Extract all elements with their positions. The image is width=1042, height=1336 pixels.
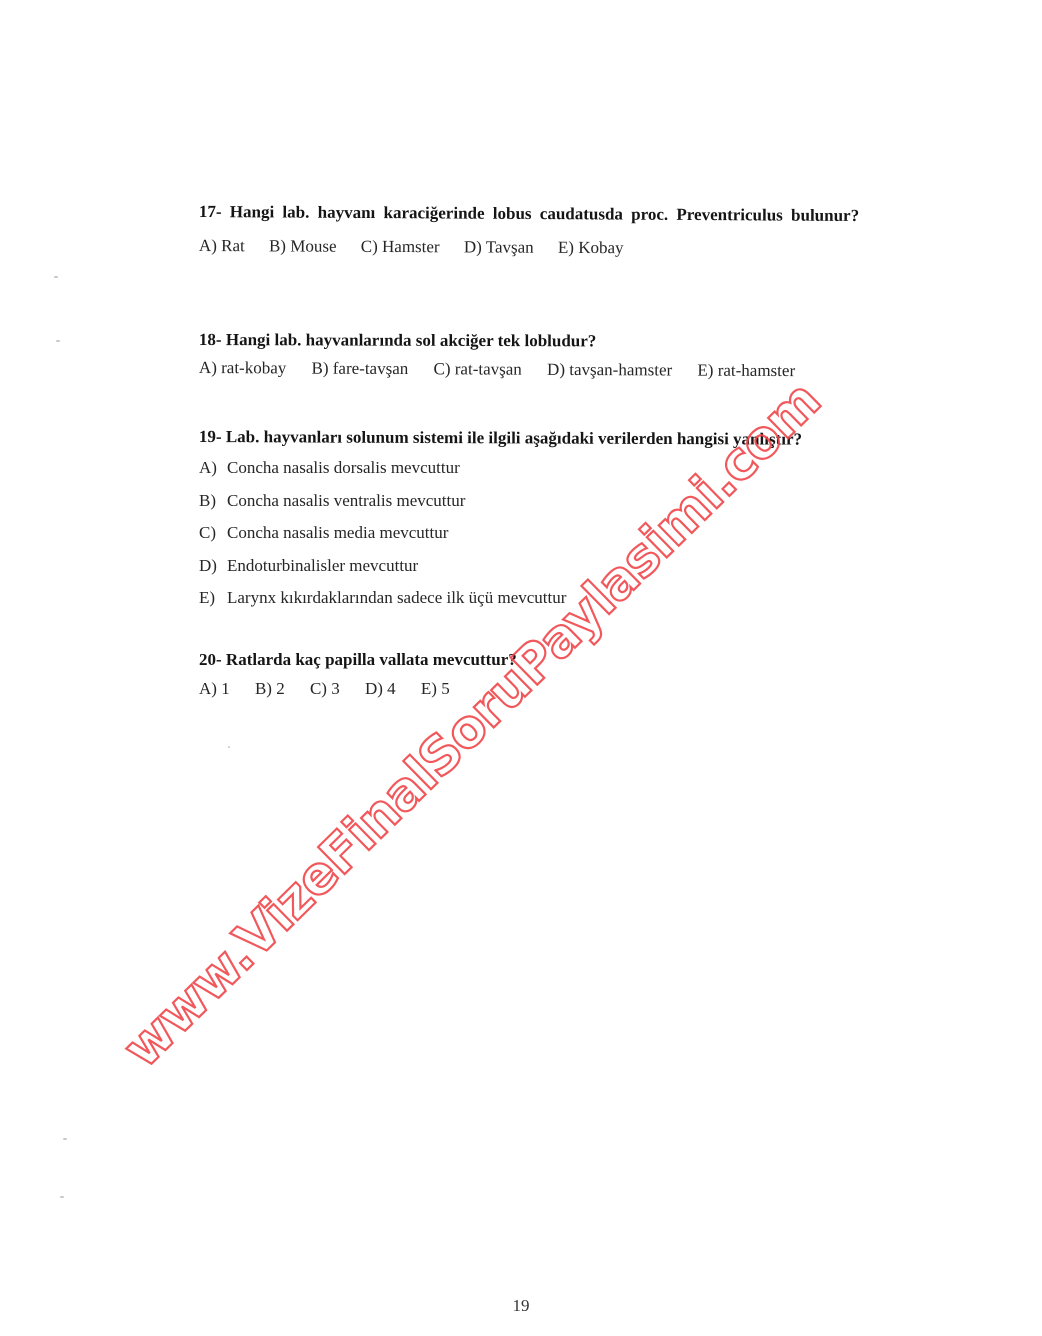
option-letter: B) <box>269 236 286 255</box>
question-20-option-d[interactable]: D) 4 <box>365 677 396 701</box>
question-19-option-d[interactable]: D)Endoturbinalisler mevcuttur <box>199 550 802 583</box>
question-18-option-e[interactable]: E) rat-hamster <box>697 359 795 384</box>
option-text: rat-hamster <box>718 361 796 380</box>
option-letter: D) <box>199 550 227 583</box>
question-17: 17- Hangi lab. hayvanı karaciğerinde lob… <box>199 196 867 258</box>
question-18-option-d[interactable]: D) tavşan-hamster <box>547 358 672 383</box>
option-letter: E) <box>421 679 437 698</box>
question-20-option-e[interactable]: E) 5 <box>421 677 450 701</box>
option-letter: D) <box>464 237 482 256</box>
scan-speck <box>228 746 230 748</box>
option-text: tavşan-hamster <box>569 360 672 380</box>
question-19-text: 19- Lab. hayvanları solunum sistemi ile … <box>199 422 802 455</box>
option-letter: A) <box>199 358 217 377</box>
question-18-option-b[interactable]: B) fare-tavşan <box>311 357 408 382</box>
option-text: Tavşan <box>486 238 534 257</box>
question-17-option-d[interactable]: D) Tavşan <box>464 235 534 259</box>
question-19-option-a[interactable]: A)Concha nasalis dorsalis mevcuttur <box>199 452 802 485</box>
option-letter: A) <box>199 236 217 255</box>
question-17-option-a[interactable]: A) Rat <box>199 234 245 258</box>
option-letter: B) <box>311 359 328 378</box>
question-18-option-a[interactable]: A) rat-kobay <box>199 356 286 380</box>
option-text: 1 <box>221 679 230 698</box>
option-letter: A) <box>199 452 227 485</box>
option-letter: C) <box>361 237 378 256</box>
question-18-text: 18- Hangi lab. hayvanlarında sol akciğer… <box>199 325 816 357</box>
question-19-option-c[interactable]: C)Concha nasalis media mevcuttur <box>199 517 802 550</box>
option-text: Rat <box>221 236 245 255</box>
option-text: 3 <box>331 679 340 698</box>
question-20-text: 20- Ratlarda kaç papilla vallata mevcutt… <box>199 645 517 675</box>
option-text: rat-tavşan <box>455 359 522 378</box>
question-19-option-b[interactable]: B)Concha nasalis ventralis mevcuttur <box>199 485 802 518</box>
option-text: rat-kobay <box>221 358 286 377</box>
option-text: 4 <box>387 679 396 698</box>
question-18-option-c[interactable]: C) rat-tavşan <box>433 357 521 381</box>
option-letter: C) <box>310 679 327 698</box>
question-17-option-c[interactable]: C) Hamster <box>361 235 440 259</box>
scan-speck <box>60 1196 64 1198</box>
question-19-option-e[interactable]: E)Larynx kıkırdaklarından sadece ilk üçü… <box>199 582 802 615</box>
question-20-option-b[interactable]: B) 2 <box>255 677 285 701</box>
option-text: fare-tavşan <box>333 359 409 378</box>
scan-speck <box>54 276 58 278</box>
option-letter: C) <box>433 359 450 378</box>
question-17-option-e[interactable]: E) Kobay <box>558 236 624 260</box>
option-text: Endoturbinalisler mevcuttur <box>227 556 418 575</box>
question-18: 18- Hangi lab. hayvanlarında sol akciğer… <box>199 325 816 380</box>
option-letter: E) <box>558 238 574 257</box>
option-letter: B) <box>199 485 227 518</box>
page-number: 19 <box>0 1296 1042 1316</box>
option-letter: B) <box>255 679 272 698</box>
question-17-option-b[interactable]: B) Mouse <box>269 234 337 258</box>
scan-speck <box>63 1138 67 1140</box>
option-text: 2 <box>276 679 285 698</box>
question-20: 20- Ratlarda kaç papilla vallata mevcutt… <box>199 645 517 701</box>
option-letter: C) <box>199 517 227 550</box>
option-text: Kobay <box>578 238 623 257</box>
option-letter: E) <box>199 582 227 615</box>
option-text: Hamster <box>382 237 440 256</box>
question-20-options: A) 1 B) 2 C) 3 D) 4 E) 5 <box>199 677 517 701</box>
scan-speck <box>56 340 60 342</box>
option-letter: A) <box>199 679 217 698</box>
question-19: 19- Lab. hayvanları solunum sistemi ile … <box>199 422 802 615</box>
option-text: Concha nasalis ventralis mevcuttur <box>227 491 465 510</box>
option-letter: D) <box>365 679 383 698</box>
question-18-options: A) rat-kobay B) fare-tavşan C) rat-tavşa… <box>199 356 816 383</box>
question-17-options: A) Rat B) Mouse C) Hamster D) Tavşan E) … <box>199 234 867 261</box>
question-20-option-c[interactable]: C) 3 <box>310 677 340 701</box>
exam-page: 17- Hangi lab. hayvanı karaciğerinde lob… <box>0 0 1042 1336</box>
option-text: Concha nasalis dorsalis mevcuttur <box>227 458 460 477</box>
option-letter: D) <box>547 360 565 379</box>
option-text: Concha nasalis media mevcuttur <box>227 523 448 542</box>
option-letter: E) <box>697 361 713 380</box>
option-text: 5 <box>441 679 450 698</box>
question-17-text: 17- Hangi lab. hayvanı karaciğerinde lob… <box>199 196 867 231</box>
option-text: Larynx kıkırdaklarından sadece ilk üçü m… <box>227 588 566 607</box>
question-20-option-a[interactable]: A) 1 <box>199 677 230 701</box>
option-text: Mouse <box>290 236 336 255</box>
